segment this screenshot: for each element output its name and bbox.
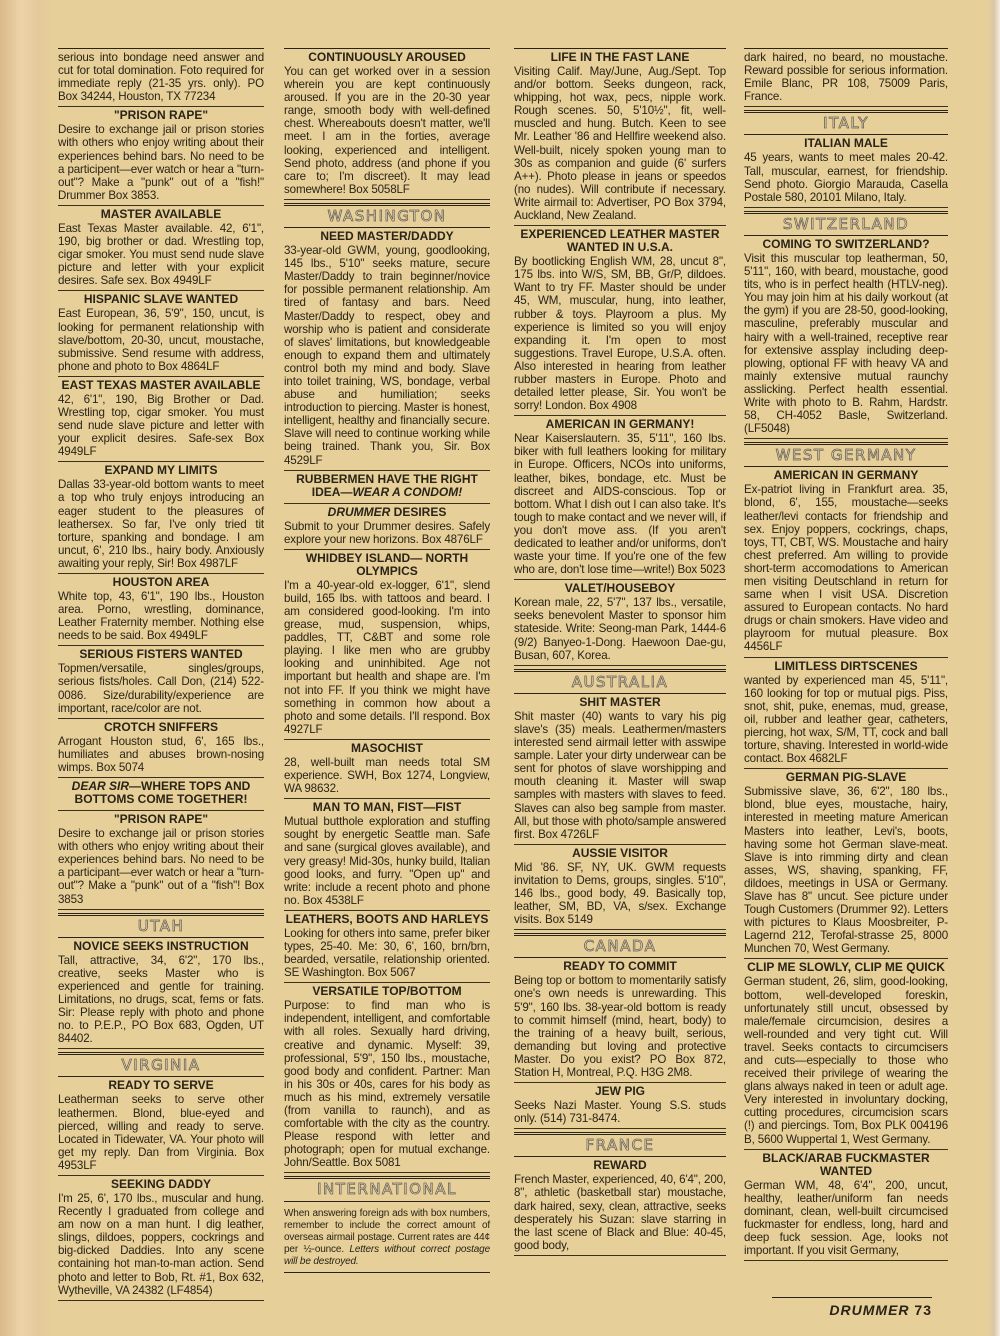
section-label: UTAH <box>138 917 185 935</box>
ad-body: By bootlicking English WM, 28, uncut 8",… <box>514 255 726 412</box>
ad-headline: DRUMMER DESIRES <box>284 506 490 519</box>
section-header: FRANCE <box>514 1132 726 1157</box>
ad-headline-text: SERIOUS FISTERS WANTED <box>79 647 242 661</box>
ad-headline-text: "PRISON RAPE" <box>114 812 208 826</box>
column-3: LIFE IN THE FAST LANEVisiting Calif. May… <box>514 48 726 1256</box>
classified-ad: MASTER AVAILABLEEast Texas Master availa… <box>58 206 264 291</box>
ad-body: French Master, experienced, 40, 6'4", 20… <box>514 1173 726 1252</box>
classified-ad: CLIP ME SLOWLY, CLIP ME QUICKGerman stud… <box>744 959 948 1149</box>
ad-body: Tall, attractive, 34, 6'2", 170 lbs., cr… <box>58 954 264 1046</box>
ad-headline-text: MAN TO MAN, FIST—FIST <box>313 800 461 814</box>
ad-body: East European, 36, 5'9", 150, uncut, is … <box>58 307 264 372</box>
ad-headline-text: DESIRES <box>390 505 446 519</box>
section-label: CANADA <box>584 937 657 955</box>
classified-ad: READY TO COMMITBeing top or bottom to mo… <box>514 958 726 1083</box>
classified-ad: NEED MASTER/DADDY33-year-old GWM, young,… <box>284 228 490 471</box>
ad-headline: REWARD <box>514 1159 726 1172</box>
classified-ad: COMING TO SWITZERLAND?Visit this muscula… <box>744 236 948 439</box>
ad-headline-text: EXPERIENCED LEATHER MASTER WANTED IN U.S… <box>520 227 719 254</box>
ad-headline-text: HOUSTON AREA <box>113 575 210 589</box>
classified-ad: VERSATILE TOP/BOTTOMPurpose: to find man… <box>284 983 490 1173</box>
classified-ad: WHIDBEY ISLAND— NORTH OLYMPICSI'm a 40-y… <box>284 550 490 740</box>
classified-ad: serious into bondage need answer and cut… <box>58 49 264 107</box>
ad-headline: AMERICAN IN GERMANY! <box>514 418 726 431</box>
ad-body: 33-year-old GWM, young, goodlooking, 145… <box>284 244 490 467</box>
ad-body: Being top or bottom to momentarily satis… <box>514 974 726 1079</box>
classified-ad: EAST TEXAS MASTER AVAILABLE42, 6'1", 190… <box>58 377 264 462</box>
page-gutter-fold <box>0 0 52 1336</box>
classified-ad: HOUSTON AREAWhite top, 43, 6'1", 190 lbs… <box>58 574 264 646</box>
classified-ad: DEAR SIR—WHERE TOPS AND BOTTOMS COME TOG… <box>58 778 264 811</box>
ad-body: German student, 26, slim, good-looking, … <box>744 975 948 1145</box>
ad-body: Near Kaiserslautern. 35, 5'11", 160 lbs.… <box>514 432 726 576</box>
ad-headline-text: AMERICAN IN GERMANY <box>774 468 919 482</box>
column-4: dark haired, no beard, no moustache. Rew… <box>744 48 948 1261</box>
classified-ad: CONTINUOUSLY AROUSEDYou can get worked o… <box>284 49 490 200</box>
ad-headline-text: LEATHERS, BOOTS AND HARLEYS <box>286 912 489 926</box>
classified-ad: dark haired, no beard, no moustache. Rew… <box>744 49 948 107</box>
ad-headline-text: SEEKING DADDY <box>111 1177 211 1191</box>
ad-body: Mutual butthole exploration and stuffing… <box>284 815 490 907</box>
ad-body: dark haired, no beard, no moustache. Rew… <box>744 51 948 103</box>
section-header: UTAH <box>58 913 264 938</box>
ad-headline-text: BLACK/ARAB FUCKMASTER WANTED <box>762 1151 929 1178</box>
ad-headline-italic: DEAR SIR <box>72 779 129 793</box>
ad-headline: WHIDBEY ISLAND— NORTH OLYMPICS <box>284 552 490 578</box>
section-label: AUSTRALIA <box>572 673 669 691</box>
section-header: WASHINGTON <box>284 203 490 228</box>
column-1: serious into bondage need answer and cut… <box>58 48 264 1301</box>
section-header: SWITZERLAND <box>744 211 948 236</box>
ad-headline: LIFE IN THE FAST LANE <box>514 51 726 64</box>
ad-headline-text: ITALIAN MALE <box>804 136 888 150</box>
ad-headline-text: READY TO SERVE <box>108 1078 213 1092</box>
ad-body: German WM, 48, 6'4", 200, uncut, healthy… <box>744 1179 948 1258</box>
ad-body: Visit this muscular top leatherman, 50, … <box>744 252 948 435</box>
ad-body: 28, well-built man needs total SM experi… <box>284 756 490 795</box>
ad-headline-text: CONTINUOUSLY AROUSED <box>308 50 466 64</box>
ad-body: Ex-patriot living in Frankfurt area. 35,… <box>744 483 948 653</box>
ad-headline: EAST TEXAS MASTER AVAILABLE <box>58 379 264 392</box>
ad-body: wanted by experienced man 45, 5'11", 160… <box>744 674 948 766</box>
classified-ad: SHIT MASTERShit master (40) wants to var… <box>514 694 726 845</box>
classified-ad: HISPANIC SLAVE WANTEDEast European, 36, … <box>58 291 264 376</box>
ad-body: Seeks Nazi Master. Young S.S. studs only… <box>514 1099 726 1125</box>
classified-ad: EXPAND MY LIMITSDallas 33-year-old botto… <box>58 462 264 574</box>
section-label: FRANCE <box>586 1136 655 1154</box>
classified-ad: RUBBERMEN HAVE THE RIGHT IDEA—WEAR A CON… <box>284 471 490 504</box>
ad-headline-text: NEED MASTER/DADDY <box>320 229 453 243</box>
section-header: WEST GERMANY <box>744 442 948 467</box>
classified-ad: AMERICAN IN GERMANY!Near Kaiserslautern.… <box>514 416 726 580</box>
ad-headline: SERIOUS FISTERS WANTED <box>58 648 264 661</box>
ad-headline: VERSATILE TOP/BOTTOM <box>284 985 490 998</box>
classifieds-page: serious into bondage need answer and cut… <box>58 48 946 1288</box>
publication-name: DRUMMER <box>829 1302 909 1318</box>
ad-headline-text: AMERICAN IN GERMANY! <box>546 417 695 431</box>
ad-body: Submit to your Drummer desires. Safely e… <box>284 520 490 546</box>
ad-headline: DEAR SIR—WHERE TOPS AND BOTTOMS COME TOG… <box>58 780 264 806</box>
classified-ad: BLACK/ARAB FUCKMASTER WANTEDGerman WM, 4… <box>744 1150 948 1262</box>
ad-headline-text: NOVICE SEEKS INSTRUCTION <box>73 939 248 953</box>
ad-headline-text: WHIDBEY ISLAND— NORTH OLYMPICS <box>306 551 468 578</box>
ad-body: Visiting Calif. May/June, Aug./Sept. Top… <box>514 65 726 222</box>
ad-headline: "PRISON RAPE" <box>58 109 264 122</box>
section-header: ITALY <box>744 110 948 135</box>
ad-body: Topmen/versatile, singles/groups, seriou… <box>58 662 264 714</box>
ad-headline-text: GERMAN PIG-SLAVE <box>786 770 906 784</box>
ad-body: serious into bondage need answer and cut… <box>58 51 264 103</box>
section-label: VIRGINIA <box>121 1056 200 1074</box>
classified-ad: SEEKING DADDYI'm 25, 6', 170 lbs., muscu… <box>58 1176 264 1301</box>
ad-headline-text: HISPANIC SLAVE WANTED <box>84 292 238 306</box>
ad-body: Purpose: to find man who is independent,… <box>284 999 490 1169</box>
section-header: INTERNATIONAL <box>284 1176 490 1201</box>
ad-headline-text: MASOCHIST <box>351 741 423 755</box>
ad-headline: CONTINUOUSLY AROUSED <box>284 51 490 64</box>
ad-headline-text: MASTER AVAILABLE <box>101 207 221 221</box>
ad-headline: NEED MASTER/DADDY <box>284 230 490 243</box>
ad-headline: EXPERIENCED LEATHER MASTER WANTED IN U.S… <box>514 228 726 254</box>
classified-ad: "PRISON RAPE"Desire to exchange jail or … <box>58 811 264 910</box>
ad-headline-text: AUSSIE VISITOR <box>572 846 668 860</box>
section-header: CANADA <box>514 933 726 958</box>
classified-ad: MAN TO MAN, FIST—FISTMutual butthole exp… <box>284 799 490 911</box>
ad-headline: SHIT MASTER <box>514 696 726 709</box>
ad-headline-text: EAST TEXAS MASTER AVAILABLE <box>61 378 260 392</box>
ad-headline-text: LIFE IN THE FAST LANE <box>551 50 690 64</box>
ad-body: Dallas 33-year-old bottom wants to meet … <box>58 478 264 570</box>
ad-headline: READY TO SERVE <box>58 1079 264 1092</box>
section-label: WASHINGTON <box>328 207 447 225</box>
ad-headline-italic: DRUMMER <box>328 505 391 519</box>
ad-headline-text: VERSATILE TOP/BOTTOM <box>312 984 461 998</box>
section-label: WEST GERMANY <box>776 446 917 464</box>
section-label: ITALY <box>823 114 869 132</box>
ad-headline-text: READY TO COMMIT <box>563 959 677 973</box>
ad-headline: READY TO COMMIT <box>514 960 726 973</box>
page-number: 73 <box>914 1302 932 1318</box>
ad-headline-text: JEW PIG <box>595 1084 645 1098</box>
ad-headline: LEATHERS, BOOTS AND HARLEYS <box>284 913 490 926</box>
classified-ad: SERIOUS FISTERS WANTEDTopmen/versatile, … <box>58 646 264 718</box>
page-edge <box>988 0 1000 1336</box>
section-label: INTERNATIONAL <box>317 1180 457 1198</box>
classified-ad: REWARDFrench Master, experienced, 40, 6'… <box>514 1157 726 1256</box>
ad-headline-text: COMING TO SWITZERLAND? <box>762 237 929 251</box>
postage-notice: When answering foreign ads with box numb… <box>284 1202 490 1273</box>
ad-body: Looking for others into same, prefer bik… <box>284 927 490 979</box>
ad-body: Arrogant Houston stud, 6', 165 lbs., hum… <box>58 735 264 774</box>
classified-ad: LEATHERS, BOOTS AND HARLEYSLooking for o… <box>284 911 490 983</box>
ad-headline: RUBBERMEN HAVE THE RIGHT IDEA—WEAR A CON… <box>284 473 490 499</box>
section-label: SWITZERLAND <box>783 215 909 233</box>
ad-headline-text: SHIT MASTER <box>579 695 660 709</box>
ad-headline: COMING TO SWITZERLAND? <box>744 238 948 251</box>
ad-body: Mid '86. SF, NY, UK. GWM requests invita… <box>514 861 726 926</box>
ad-body: Korean male, 22, 5'7", 137 lbs., versati… <box>514 596 726 661</box>
ad-headline: BLACK/ARAB FUCKMASTER WANTED <box>744 1152 948 1178</box>
ad-body: I'm 25, 6', 170 lbs., muscular and hung.… <box>58 1192 264 1297</box>
section-header: AUSTRALIA <box>514 669 726 694</box>
ad-headline: NOVICE SEEKS INSTRUCTION <box>58 940 264 953</box>
classified-ad: GERMAN PIG-SLAVESubmissive slave, 36, 6'… <box>744 769 948 959</box>
classified-ad: DRUMMER DESIRESSubmit to your Drummer de… <box>284 504 490 550</box>
classified-ad: EXPERIENCED LEATHER MASTER WANTED IN U.S… <box>514 226 726 416</box>
ad-headline: CROTCH SNIFFERS <box>58 721 264 734</box>
ad-body: Desire to exchange jail or prison storie… <box>58 123 264 202</box>
ad-body: 42, 6'1", 190, Big Brother or Dad. Wrest… <box>58 393 264 458</box>
ad-headline: EXPAND MY LIMITS <box>58 464 264 477</box>
ad-body: I'm a 40-year-old ex-logger, 6'1", slend… <box>284 579 490 736</box>
classified-ad: AMERICAN IN GERMANYEx-patriot living in … <box>744 467 948 657</box>
ad-headline: AMERICAN IN GERMANY <box>744 469 948 482</box>
ad-headline-text: "PRISON RAPE" <box>114 108 208 122</box>
classified-ad: LIFE IN THE FAST LANEVisiting Calif. May… <box>514 49 726 226</box>
ad-body: East Texas Master available. 42, 6'1", 1… <box>58 222 264 287</box>
classified-ad: VALET/HOUSEBOYKorean male, 22, 5'7", 137… <box>514 580 726 665</box>
ad-headline: SEEKING DADDY <box>58 1178 264 1191</box>
classified-ad: LIMITLESS DIRTSCENESwanted by experience… <box>744 658 948 770</box>
ad-headline: JEW PIG <box>514 1085 726 1098</box>
ad-headline-text: VALET/HOUSEBOY <box>565 581 675 595</box>
ad-headline-text: CLIP ME SLOWLY, CLIP ME QUICK <box>747 960 945 974</box>
ad-headline: ITALIAN MALE <box>744 137 948 150</box>
ad-headline: HISPANIC SLAVE WANTED <box>58 293 264 306</box>
ad-headline: VALET/HOUSEBOY <box>514 582 726 595</box>
classified-ad: MASOCHIST28, well-built man needs total … <box>284 740 490 799</box>
classified-ad: ITALIAN MALE45 years, wants to meet male… <box>744 135 948 207</box>
classified-ad: AUSSIE VISITORMid '86. SF, NY, UK. GWM r… <box>514 845 726 930</box>
ad-headline-text: EXPAND MY LIMITS <box>105 463 218 477</box>
ad-headline: CLIP ME SLOWLY, CLIP ME QUICK <box>744 961 948 974</box>
ad-headline: "PRISON RAPE" <box>58 813 264 826</box>
ad-headline-text: CROTCH SNIFFERS <box>104 720 218 734</box>
column-2: CONTINUOUSLY AROUSEDYou can get worked o… <box>284 48 490 1273</box>
ad-headline-text: REWARD <box>593 1158 646 1172</box>
ad-headline-text: LIMITLESS DIRTSCENES <box>774 659 917 673</box>
ad-headline: GERMAN PIG-SLAVE <box>744 771 948 784</box>
ad-headline: LIMITLESS DIRTSCENES <box>744 660 948 673</box>
classified-ad: READY TO SERVELeatherman seeks to serve … <box>58 1077 264 1176</box>
ad-body: 45 years, wants to meet males 20-42. Tal… <box>744 151 948 203</box>
ad-headline: MASTER AVAILABLE <box>58 208 264 221</box>
classified-ad: CROTCH SNIFFERSArrogant Houston stud, 6'… <box>58 719 264 778</box>
classified-ad: NOVICE SEEKS INSTRUCTIONTall, attractive… <box>58 938 264 1050</box>
classified-ad: JEW PIGSeeks Nazi Master. Young S.S. stu… <box>514 1083 726 1129</box>
ad-body: Leatherman seeks to serve other leatherm… <box>58 1093 264 1172</box>
ad-headline: AUSSIE VISITOR <box>514 847 726 860</box>
ad-headline: HOUSTON AREA <box>58 576 264 589</box>
ad-body: Shit master (40) wants to vary his pig s… <box>514 710 726 841</box>
page-folio: DRUMMER 73 <box>772 1297 932 1318</box>
ad-body: Submissive slave, 36, 6'2", 180 lbs., bl… <box>744 785 948 955</box>
ad-body: Desire to exchange jail or prison storie… <box>58 827 264 906</box>
ad-headline: MASOCHIST <box>284 742 490 755</box>
ad-body: You can get worked over in a session whe… <box>284 65 490 196</box>
ad-body: White top, 43, 6'1", 190 lbs., Houston a… <box>58 590 264 642</box>
classified-ad: "PRISON RAPE"Desire to exchange jail or … <box>58 107 264 206</box>
section-header: VIRGINIA <box>58 1052 264 1077</box>
ad-headline-italic-suffix: WEAR A CONDOM! <box>352 485 462 499</box>
ad-headline: MAN TO MAN, FIST—FIST <box>284 801 490 814</box>
